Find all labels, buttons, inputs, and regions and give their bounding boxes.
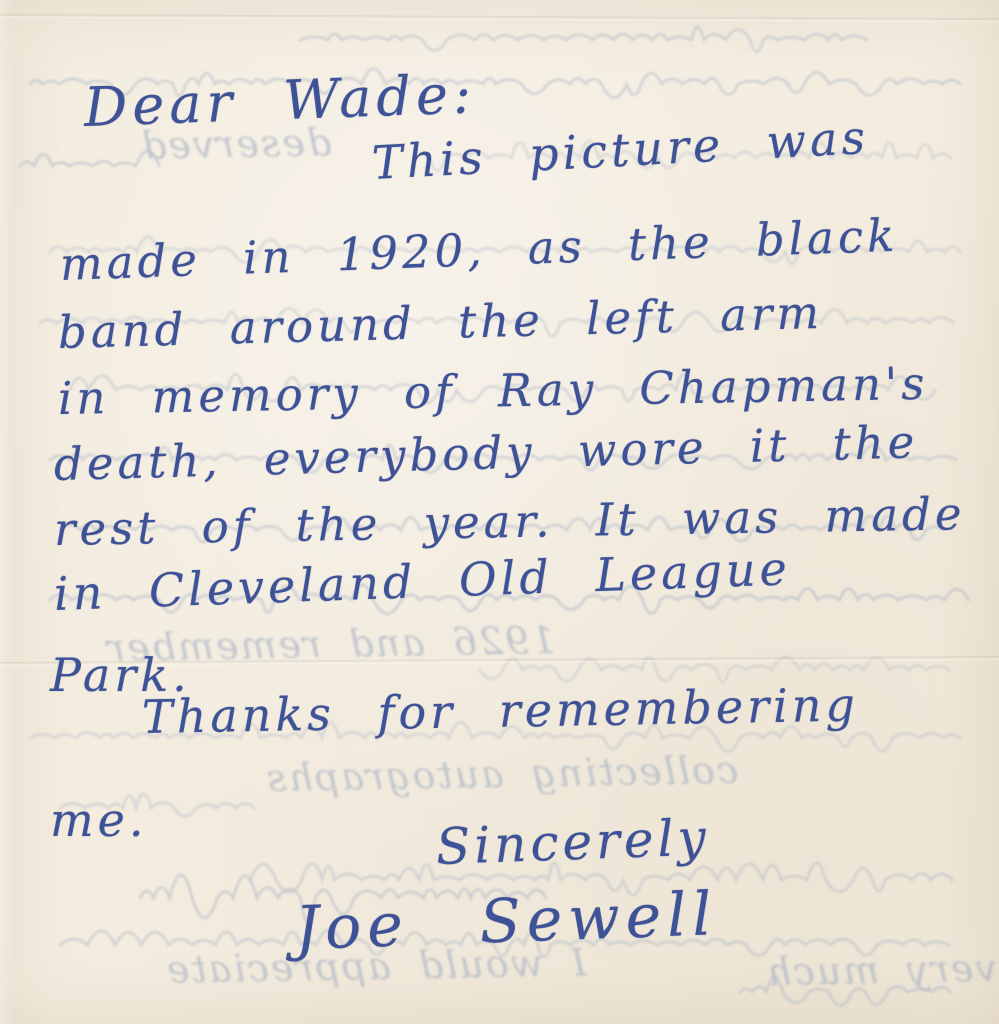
letter-line: me. [50,793,147,847]
letter-line: made in 1920, as the black [59,209,899,291]
letter-line: in memory of Ray Chapman's [58,357,929,425]
letter-line: death, everybody wore it the [53,415,919,491]
letter-paper: deserved 1926 and remember collecting au… [0,0,999,1024]
letter-closing: Sincerely [435,808,711,876]
signature: Joe Sewell [294,879,719,964]
letter-line: rest of the year. It was made [54,487,966,556]
letter-salutation: Dear Wade: [83,62,477,139]
letter-line: band around the left arm [57,286,823,359]
letter-line: Thanks for remembering [142,677,860,744]
letter-ink-layer: Dear Wade: This picture wasmade in 1920,… [0,0,999,1024]
